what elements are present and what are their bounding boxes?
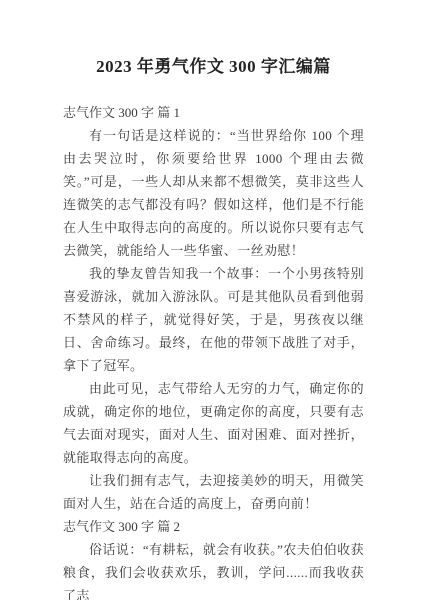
section-1: 志气作文 300 字 篇 1 有一句话是这样说的：“当世界给你 100 个理由去… <box>63 101 364 515</box>
section-1-heading: 志气作文 300 字 篇 1 <box>63 101 364 124</box>
section-2: 志气作文 300 字 篇 2 俗话说：“有耕耘，就会有收获。”农夫伯伯收获粮食，… <box>63 515 364 600</box>
section-1-paragraph-2: 我的挚友曾告知我一个故事：一个小男孩特别喜爱游泳，就加入游泳队。可是其他队员看到… <box>63 262 364 377</box>
section-1-paragraph-4: 让我们拥有志气，去迎接美妙的明天，用微笑面对人生，站在合适的高度上，奋勇向前！ <box>63 469 364 515</box>
section-1-paragraph-3: 由此可见，志气带给人无穷的力气，确定你的成就，确定你的地位，更确定你的高度，只要… <box>63 377 364 469</box>
section-2-paragraph-1: 俗话说：“有耕耘，就会有收获。”农夫伯伯收获粮食，我们会收获欢乐，教训，学问..… <box>63 538 364 600</box>
document-title: 2023 年勇气作文 300 字汇编篇 <box>63 54 364 80</box>
document-page: 2023 年勇气作文 300 字汇编篇 志气作文 300 字 篇 1 有一句话是… <box>0 0 424 600</box>
section-2-heading: 志气作文 300 字 篇 2 <box>63 515 364 538</box>
section-1-paragraph-1: 有一句话是这样说的：“当世界给你 100 个理由去哭泣时，你须要给世界 1000… <box>63 124 364 262</box>
